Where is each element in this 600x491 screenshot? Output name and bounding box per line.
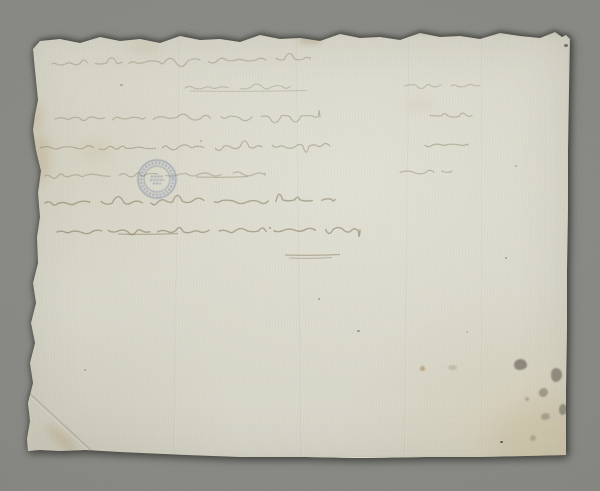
foxing-spot	[420, 366, 425, 371]
paper-speck	[200, 140, 202, 142]
paper-speck	[84, 369, 86, 371]
paper-speck	[357, 330, 360, 332]
fold-crease	[173, 27, 182, 463]
fold-crease	[481, 27, 484, 463]
stain-wash	[298, 36, 322, 44]
foxing-spot	[551, 368, 562, 382]
paper-speck	[505, 257, 507, 259]
foxing-spot	[514, 359, 527, 370]
foxing-spot	[559, 404, 567, 415]
paper-speck	[564, 44, 568, 47]
foxing-spot	[448, 365, 457, 370]
stain-wash	[29, 104, 43, 130]
paper-speck	[318, 298, 320, 300]
foxing-spot	[525, 397, 529, 401]
paper-speck	[466, 331, 468, 333]
mirrored-handwriting-ink	[26, 31, 572, 459]
foxing-spot	[539, 388, 548, 397]
scan-photo: { "scene": { "description": "Scan of a t…	[0, 0, 600, 491]
paper-speck	[269, 227, 271, 229]
stain-wash	[490, 401, 600, 479]
stain-layer	[26, 31, 572, 459]
fold-crease	[296, 27, 304, 463]
paper-sheet	[26, 31, 572, 459]
crease-layer	[26, 31, 572, 459]
stain-wash	[81, 143, 109, 157]
stain-wash	[131, 42, 161, 52]
foxing-spot	[530, 435, 536, 441]
paper-shadow-wrap	[0, 0, 600, 491]
foxing-spot	[541, 413, 550, 420]
fold-crease	[404, 27, 412, 463]
paper-speck	[120, 84, 123, 86]
stain-wash	[30, 134, 50, 182]
circular-ink-stamp	[127, 149, 187, 209]
stain-wash	[403, 99, 437, 111]
stain-wash	[43, 421, 80, 457]
paper-speck	[515, 165, 517, 167]
corner-fold-crease	[27, 392, 97, 457]
paper-speck	[500, 441, 503, 443]
